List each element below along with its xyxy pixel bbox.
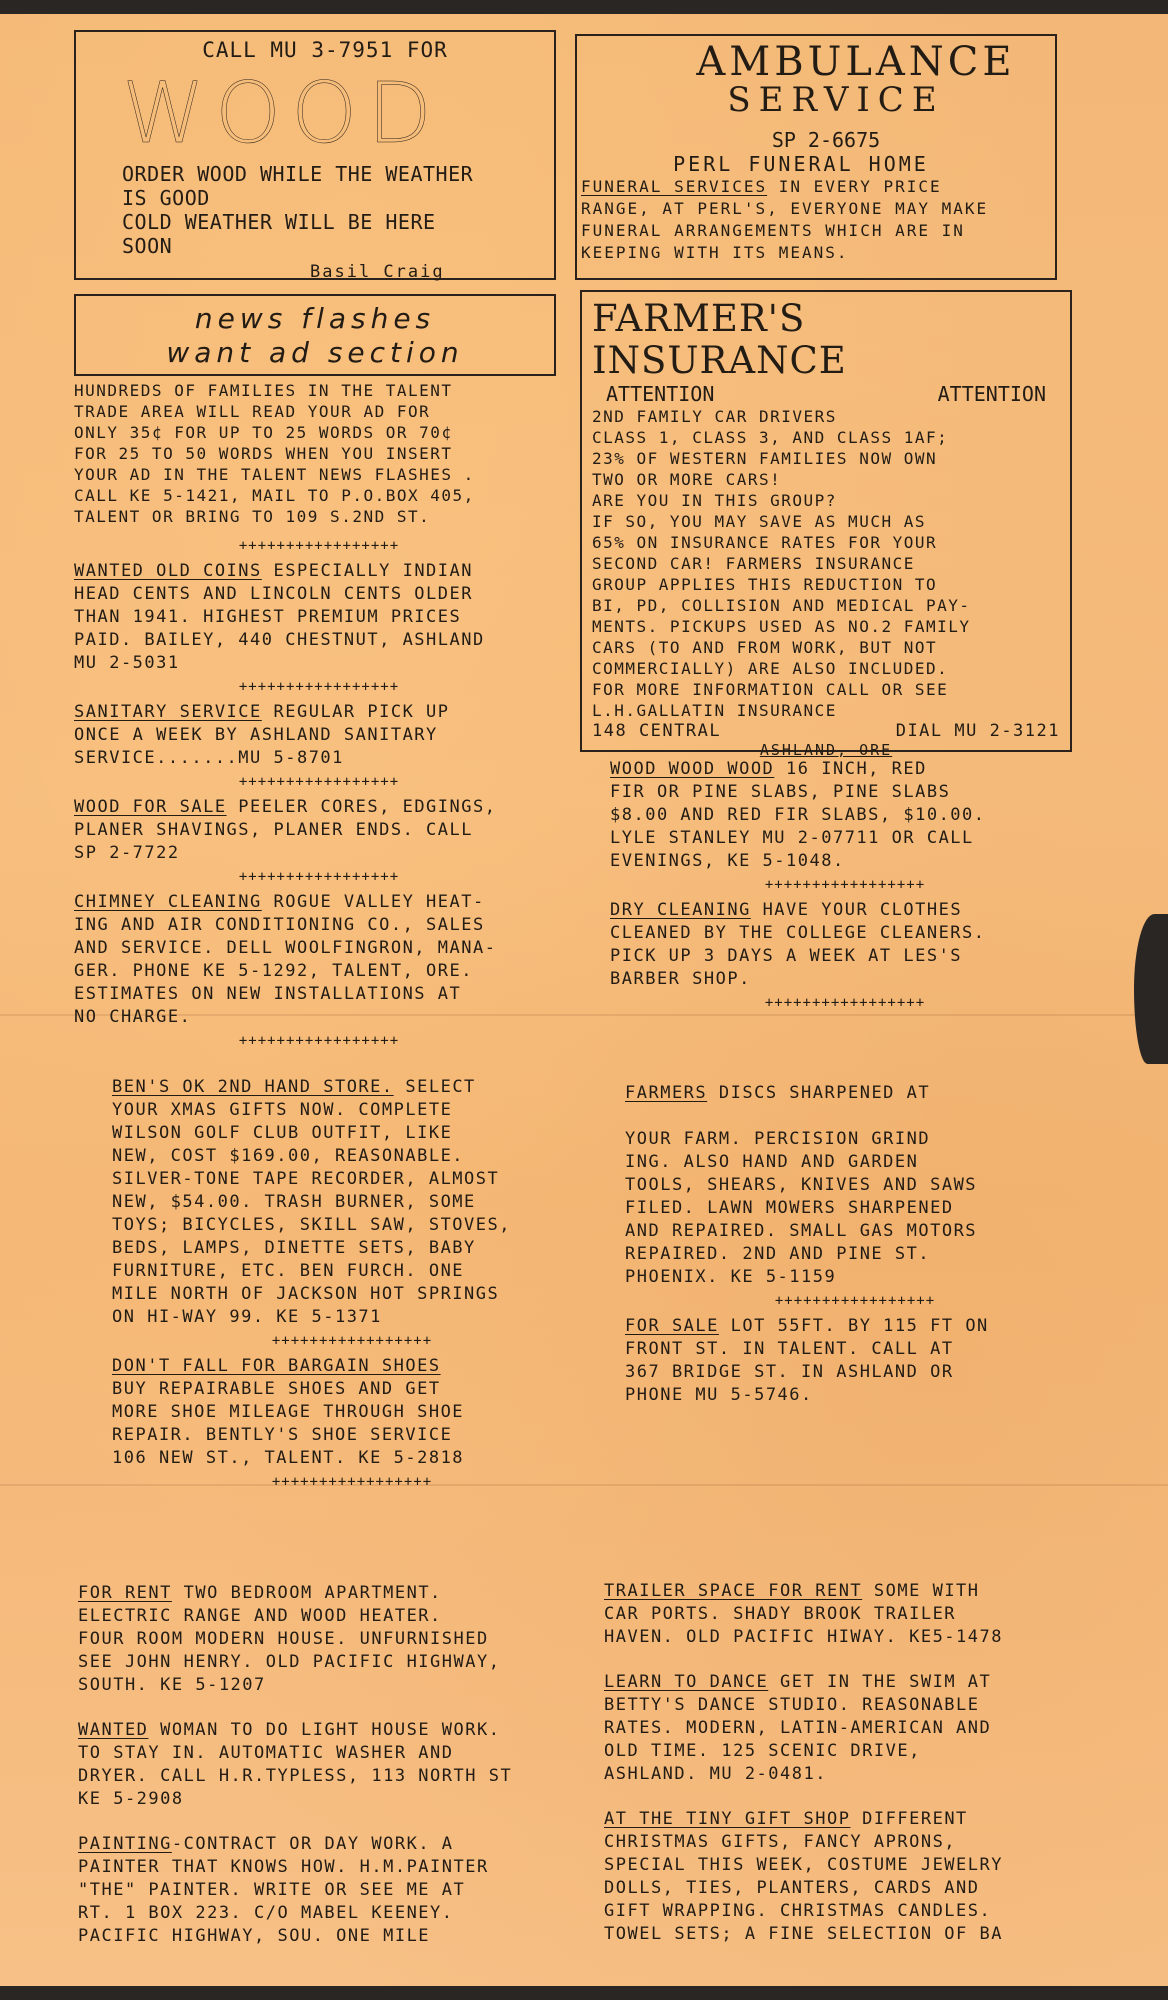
section-title-2: want ad section bbox=[76, 336, 554, 370]
ad-painting: PAINTING-Contract or day work. A painter… bbox=[78, 1833, 578, 1948]
ad-farmers-discs: FARMERS DISCS SHARPENED at your farm. Pe… bbox=[625, 1082, 1085, 1289]
separator: +++++++++++++++++ bbox=[625, 1291, 1085, 1311]
ambulance-title-1: AMBULANCE bbox=[661, 42, 1051, 82]
bottom-right-ads: TRAILER SPACE FOR RENT some with car por… bbox=[604, 1580, 1084, 1946]
insurance-body: 2nd FAMILY CAR DRIVERS Class 1, Class 3,… bbox=[592, 406, 1060, 721]
ambulance-body: FUNERAL SERVICES IN EVERY PRICE RANGE, A… bbox=[581, 176, 1051, 264]
ad-bargain-shoes: DON'T FALL FOR BARGAIN SHOES BUY REPAIRA… bbox=[112, 1355, 592, 1470]
separator: +++++++++++++++++ bbox=[74, 867, 564, 887]
ad-for-rent: FOR RENT Two bedroom apartment. Electric… bbox=[78, 1582, 578, 1697]
ambulance-business: PERL FUNERAL HOME bbox=[551, 152, 1051, 176]
ad-learn-to-dance: LEARN TO DANCE Get in the swim at Betty'… bbox=[604, 1671, 1084, 1786]
intro-text: Hundreds of families in the Talent Trade… bbox=[74, 380, 564, 527]
newspaper-page: CALL MU 3-7951 FOR WOOD ORDER WOOD WHILE… bbox=[0, 14, 1168, 1986]
separator: +++++++++++++++++ bbox=[74, 772, 564, 792]
torn-edge bbox=[1134, 914, 1168, 1064]
separator: +++++++++++++++++ bbox=[610, 875, 1080, 895]
ad-wanted-woman: WANTED Woman to do light house work. To … bbox=[78, 1719, 578, 1811]
ad-trailer-space: TRAILER SPACE FOR RENT some with car por… bbox=[604, 1580, 1084, 1649]
wood-signature: Basil Craig bbox=[310, 262, 544, 282]
left-column-ads: +++++++++++++++++ WANTED OLD COINS espec… bbox=[74, 534, 564, 1055]
ad-dry-cleaning: DRY CLEANING Have your clothes cleaned b… bbox=[610, 899, 1080, 991]
ad-wood-for-sale: WOOD FOR SALE Peeler cores, edgings, pla… bbox=[74, 796, 564, 865]
separator: +++++++++++++++++ bbox=[74, 677, 564, 697]
ad-old-coins: WANTED OLD COINS especially Indian head … bbox=[74, 560, 564, 675]
ad-sanitary: SANITARY SERVICE Regular pick up once a … bbox=[74, 701, 564, 770]
separator: +++++++++++++++++ bbox=[112, 1331, 592, 1351]
separator: +++++++++++++++++ bbox=[74, 1031, 564, 1051]
ad-chimney: CHIMNEY CLEANING Rogue Valley Heat- ing … bbox=[74, 891, 564, 1029]
separator: +++++++++++++++++ bbox=[610, 993, 1080, 1013]
middle-right-ads: FARMERS DISCS SHARPENED at your farm. Pe… bbox=[625, 1082, 1085, 1407]
wood-headline: WOOD bbox=[122, 68, 544, 158]
ad-bens-store: BEN'S OK 2nd HAND STORE. SELECT YOUR XMA… bbox=[112, 1076, 592, 1329]
insurance-city: ASHLAND, ORE bbox=[592, 741, 1060, 759]
section-title-1: news flashes bbox=[76, 302, 554, 336]
ambulance-ad-box: AMBULANCE SERVICE SP 2-6675 PERL FUNERAL… bbox=[575, 34, 1057, 280]
ad-tiny-gift-shop: AT THE TINY GIFT SHOP Different Christma… bbox=[604, 1808, 1084, 1946]
ambulance-title-2: SERVICE bbox=[621, 82, 1051, 118]
attention-left: ATTENTION bbox=[606, 382, 714, 406]
separator: +++++++++++++++++ bbox=[74, 536, 564, 556]
ambulance-heading: FUNERAL SERVICES bbox=[581, 177, 767, 196]
section-header-box: news flashes want ad section bbox=[74, 294, 556, 376]
middle-left-ads: BEN'S OK 2nd HAND STORE. SELECT YOUR XMA… bbox=[112, 1076, 592, 1496]
ad-wood-wood-wood: WOOD WOOD WOOD 16 inch, red fir or pine … bbox=[610, 758, 1080, 873]
wood-call-line: CALL MU 3-7951 FOR bbox=[86, 38, 544, 62]
attention-right: ATTENTION bbox=[938, 382, 1046, 406]
insurance-ad-box: FARMER'S INSURANCE ATTENTION ATTENTION 2… bbox=[580, 290, 1072, 752]
separator: +++++++++++++++++ bbox=[112, 1472, 592, 1492]
insurance-title: FARMER'S INSURANCE bbox=[592, 298, 1060, 382]
ad-for-sale-lot: FOR SALE Lot 55ft. by 115 ft on Front St… bbox=[625, 1315, 1085, 1407]
ambulance-phone: SP 2-6675 bbox=[601, 128, 1051, 152]
insurance-address: 148 Central bbox=[592, 721, 721, 741]
wood-body: ORDER WOOD WHILE THE WEATHER IS GOOD COL… bbox=[86, 162, 544, 258]
wood-ad-box: CALL MU 3-7951 FOR WOOD ORDER WOOD WHILE… bbox=[74, 30, 556, 280]
insurance-dial: Dial MU 2-3121 bbox=[896, 721, 1060, 741]
bottom-left-ads: FOR RENT Two bedroom apartment. Electric… bbox=[78, 1582, 578, 1948]
right-column-ads: WOOD WOOD WOOD 16 inch, red fir or pine … bbox=[610, 758, 1080, 1017]
